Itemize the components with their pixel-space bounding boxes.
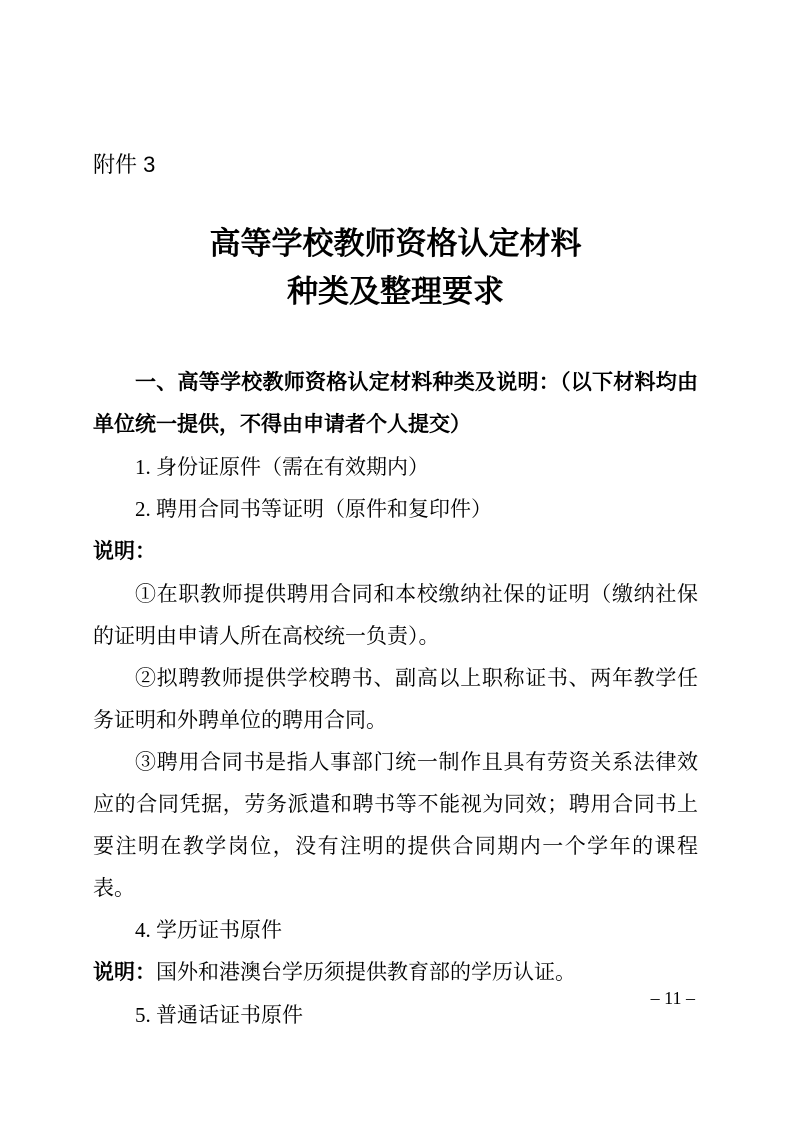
list-item-5: 5. 普通话证书原件: [93, 994, 698, 1036]
note-paragraph-1: ①在职教师提供聘用合同和本校缴纳社保的证明（缴纳社保的证明由申请人所在高校统一负…: [93, 573, 698, 657]
attachment-label: 附件 3: [93, 150, 698, 180]
note-paragraph-3: ③聘用合同书是指人事部门统一制作且具有劳资关系法律效应的合同凭据，劳务派遣和聘书…: [93, 741, 698, 909]
doc-title: 高等学校教师资格认定材料 种类及整理要求: [93, 220, 698, 316]
item-4-note-text: 国外和港澳台学历须提供教育部的学历认证。: [156, 960, 576, 984]
note-section-label: 说明：: [93, 530, 698, 573]
item-4-note: 说明：国外和港澳台学历须提供教育部的学历认证。: [93, 951, 698, 994]
list-item-4: 4. 学历证书原件: [93, 909, 698, 951]
doc-title-line-1: 高等学校教师资格认定材料: [93, 220, 698, 268]
doc-title-line-2: 种类及整理要求: [93, 268, 698, 316]
list-item-1: 1. 身份证原件（需在有效期内）: [93, 446, 698, 488]
list-item-2: 2. 聘用合同书等证明（原件和复印件）: [93, 488, 698, 530]
note-label: 说明：: [93, 540, 156, 563]
doc-body: 一、高等学校教师资格认定材料种类及说明：（以下材料均由单位统一提供，不得由申请者…: [93, 362, 698, 1036]
page-number: – 11 –: [651, 986, 695, 1010]
document-page: 附件 3 高等学校教师资格认定材料 种类及整理要求 一、高等学校教师资格认定材料…: [0, 0, 793, 1122]
note-paragraph-2: ②拟聘教师提供学校聘书、副高以上职称证书、两年教学任务证明和外聘单位的聘用合同。: [93, 657, 698, 741]
item-4-note-label: 说明：: [93, 961, 156, 984]
section-heading: 一、高等学校教师资格认定材料种类及说明：（以下材料均由单位统一提供，不得由申请者…: [93, 362, 698, 446]
